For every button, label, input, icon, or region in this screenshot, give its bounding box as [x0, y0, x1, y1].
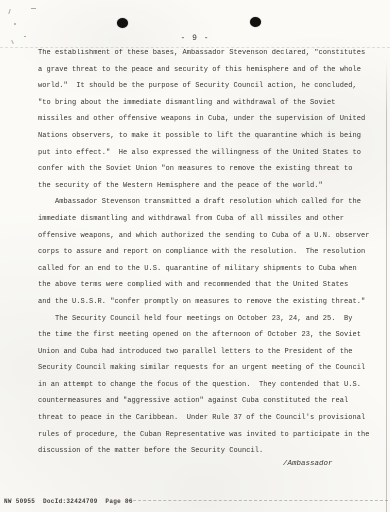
text-line: Security Council making similar requests… [38, 360, 372, 377]
scanned-document-page: - 9 - The establishment of these bases, … [0, 0, 390, 512]
hole-punch-dot-left [117, 18, 128, 28]
text-line: put into effect." He also expressed the … [38, 145, 372, 162]
hole-punch-dot-right [250, 17, 261, 27]
text-line: in an attempt to change the focus of the… [38, 377, 372, 394]
scan-artifact-line-bottom [128, 500, 388, 501]
text-line: the time the first meeting opened on the… [38, 327, 372, 344]
text-line: a grave threat to the peace and security… [38, 62, 372, 79]
archive-footer: NW 50955 DocId:32424709 Page 86 [4, 498, 133, 505]
pencil-mark [8, 9, 10, 14]
text-line: countermeasures and "aggressive action" … [38, 393, 372, 410]
typed-text-body: The establishment of these bases, Ambass… [38, 45, 372, 460]
text-line: missiles and other offensive weapons in … [38, 111, 372, 128]
text-line: and the U.S.S.R. "confer promptly on mea… [38, 294, 372, 311]
text-line: confer with the Soviet Union "on measure… [38, 161, 372, 178]
text-line: corps to assure and report on compliance… [38, 244, 372, 261]
text-line: Nations observers, to make it possible t… [38, 128, 372, 145]
text-line: rules of procedure, the Cuban Representa… [38, 427, 372, 444]
text-line: world." It should be the purpose of Secu… [38, 78, 372, 95]
text-line: offensive weapons, and which authorized … [38, 228, 372, 245]
scan-edge-line [386, 60, 387, 512]
text-line: called for an end to the U.S. quarantine… [38, 261, 372, 278]
text-line: Ambassador Stevenson transmitted a draft… [38, 194, 372, 211]
text-line: The establishment of these bases, Ambass… [38, 45, 372, 62]
text-line: discussion of the matter before the Secu… [38, 443, 372, 460]
text-line: the security of the Western Hemisphere a… [38, 178, 372, 195]
text-line: the above terms were complied with and r… [38, 277, 372, 294]
text-line: threat to peace in the Caribbean. Under … [38, 410, 372, 427]
catchword: /Ambassador [283, 460, 333, 468]
text-line: immediate dismantling and withdrawal fro… [38, 211, 372, 228]
text-line: "to bring about the immediate dismantlin… [38, 95, 372, 112]
page-number: - 9 - [0, 34, 390, 43]
paragraph-3: The Security Council held four meetings … [38, 311, 372, 460]
text-line: Union and Cuba had introduced two parall… [38, 344, 372, 361]
paragraph-2: Ambassador Stevenson transmitted a draft… [38, 194, 372, 310]
pencil-mark [14, 23, 16, 25]
paragraph-1: The establishment of these bases, Ambass… [38, 45, 372, 194]
pencil-mark [31, 8, 36, 9]
text-line: The Security Council held four meetings … [38, 311, 372, 328]
